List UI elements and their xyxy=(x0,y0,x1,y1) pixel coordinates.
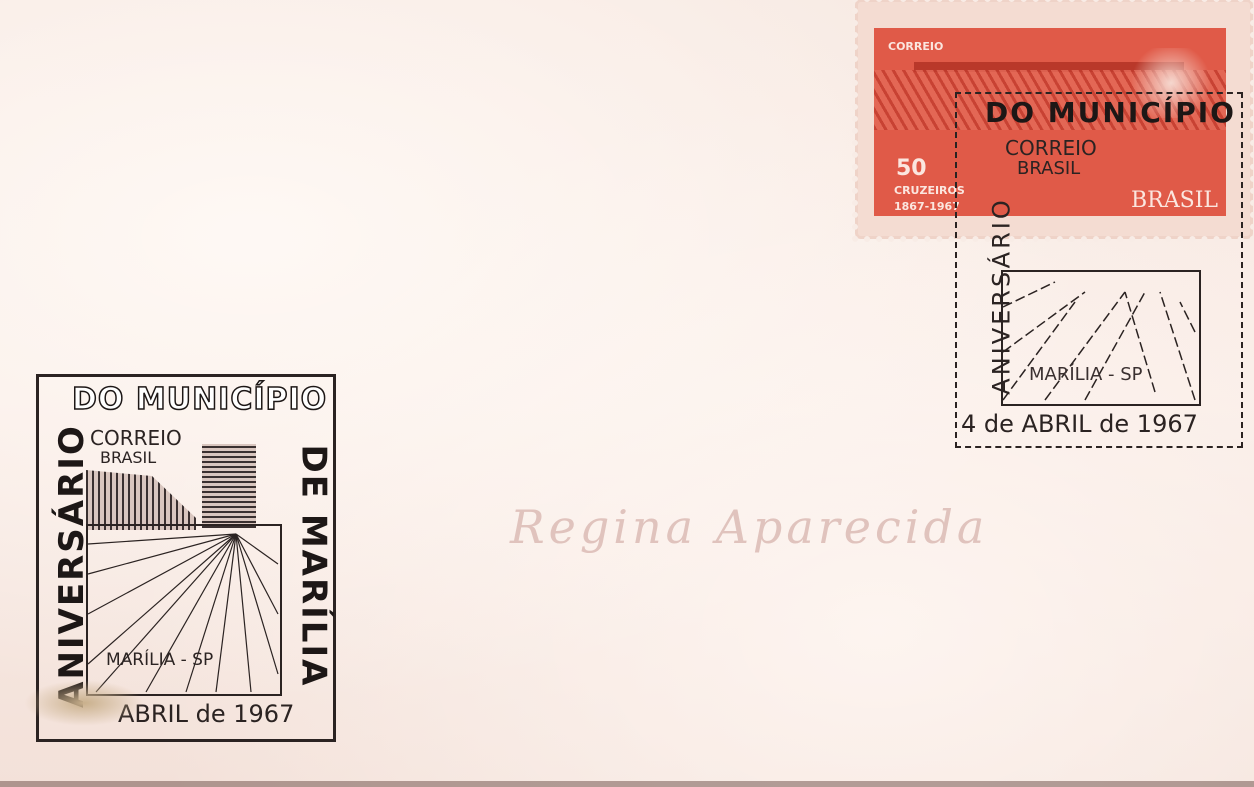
stamp-header: CORREIO xyxy=(888,40,943,53)
postmark-date: 4 de ABRIL de 1967 xyxy=(961,410,1198,438)
postmark-correio: CORREIO xyxy=(1005,136,1097,160)
stain xyxy=(24,680,144,726)
cachet-correio: CORREIO xyxy=(90,426,182,450)
cachet-left-text: ANIVERSÁRIO xyxy=(52,424,92,708)
stamp-value: 50 xyxy=(896,156,927,181)
cachet-date: ABRIL de 1967 xyxy=(118,700,294,728)
postmark-city: MARÍLIA - SP xyxy=(1029,364,1143,385)
stamp-years: 1867-1967 xyxy=(894,200,960,213)
cachet-city: MARÍLIA - SP xyxy=(106,650,213,670)
postal-cover: CORREIO 50 CRUZEIROS 1867-1967 BRASIL CE… xyxy=(0,0,1254,787)
postmark-cancellation: DO MUNICÍPIO CORREIO BRASIL ANIVERSÁRIO … xyxy=(955,92,1243,450)
cachet-top-text: DO MUNICÍPIO xyxy=(72,382,327,417)
postmark-brasil: BRASIL xyxy=(1017,158,1080,179)
cachet-brasil: BRASIL xyxy=(100,448,156,467)
signature: Regina Aparecida xyxy=(510,500,988,554)
postmark-top-text: DO MUNICÍPIO xyxy=(985,96,1236,129)
postmark-left-text: ANIVERSÁRIO xyxy=(988,197,1016,394)
cachet-right-text: DE MARÍLIA xyxy=(293,445,333,688)
cover-edge xyxy=(0,781,1254,787)
